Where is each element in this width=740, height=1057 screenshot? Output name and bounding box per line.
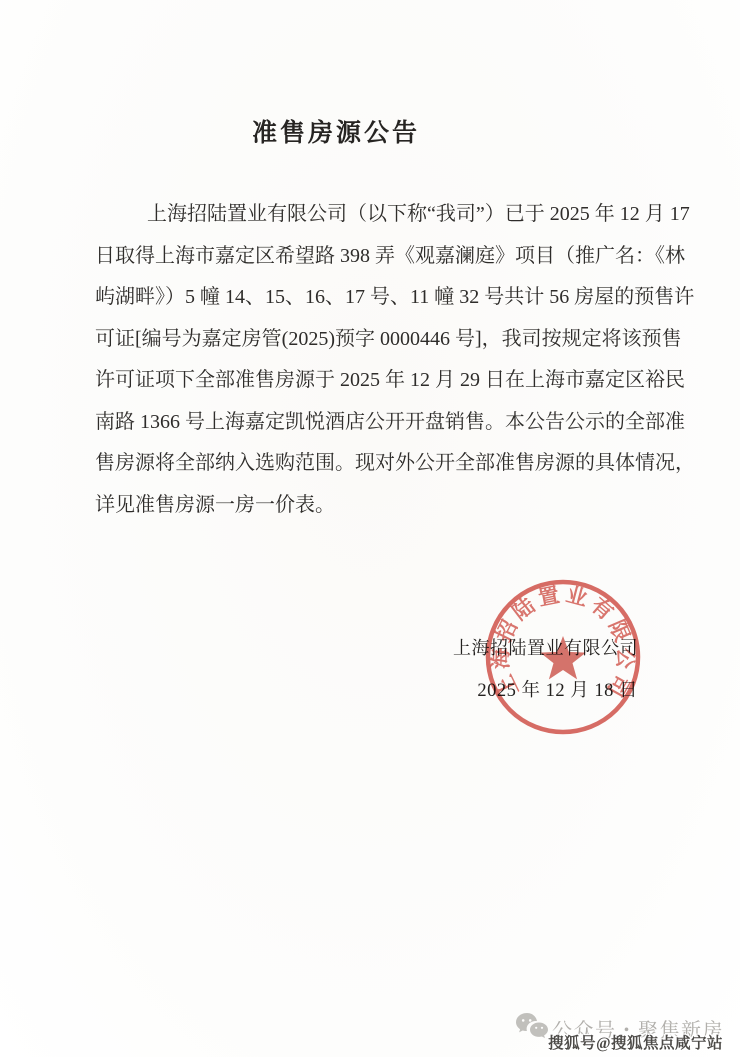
body-line: 屿湖畔》）5 幢 14、15、16、17 号、11 幢 32 号共计 56 房屋…: [95, 284, 653, 326]
page-title: 准售房源公告: [0, 113, 672, 149]
announcement-document: 准售房源公告 上海招陆置业有限公司（以下称“我司”）已于 2025 年 12 月…: [0, 0, 740, 1057]
body-line: 可证[编号为嘉定房管(2025)预字 0000446 号]，我司按规定将该预售: [95, 326, 653, 368]
body-line: 详见准售房源一房一价表。: [95, 492, 653, 534]
body-line: 日取得上海市嘉定区希望路 398 弄《观嘉澜庭》项目（推广名：《林: [95, 243, 653, 285]
body-line: 南路 1366 号上海嘉定凯悦酒店公开开盘销售。本公告公示的全部准: [95, 409, 653, 451]
signature-date: 2025 年 12 月 18 日: [453, 680, 638, 702]
body-line: 上海招陆置业有限公司（以下称“我司”）已于 2025 年 12 月 17: [95, 201, 653, 243]
signature-company: 上海招陆置业有限公司: [453, 637, 638, 659]
body-line: 售房源将全部纳入选购范围。现对外公开全部准售房源的具体情况，: [95, 450, 653, 492]
wechat-icon: [515, 1011, 549, 1043]
sohu-watermark: 搜狐号@搜狐焦点咸宁站: [548, 1031, 723, 1053]
body-line: 许可证项下全部准售房源于 2025 年 12 月 29 日在上海市嘉定区裕民: [95, 367, 653, 409]
signature-block: 上海招陆置业有限公司 2025 年 12 月 18 日: [453, 637, 638, 702]
body-paragraph: 上海招陆置业有限公司（以下称“我司”）已于 2025 年 12 月 17 日取得…: [95, 201, 653, 533]
